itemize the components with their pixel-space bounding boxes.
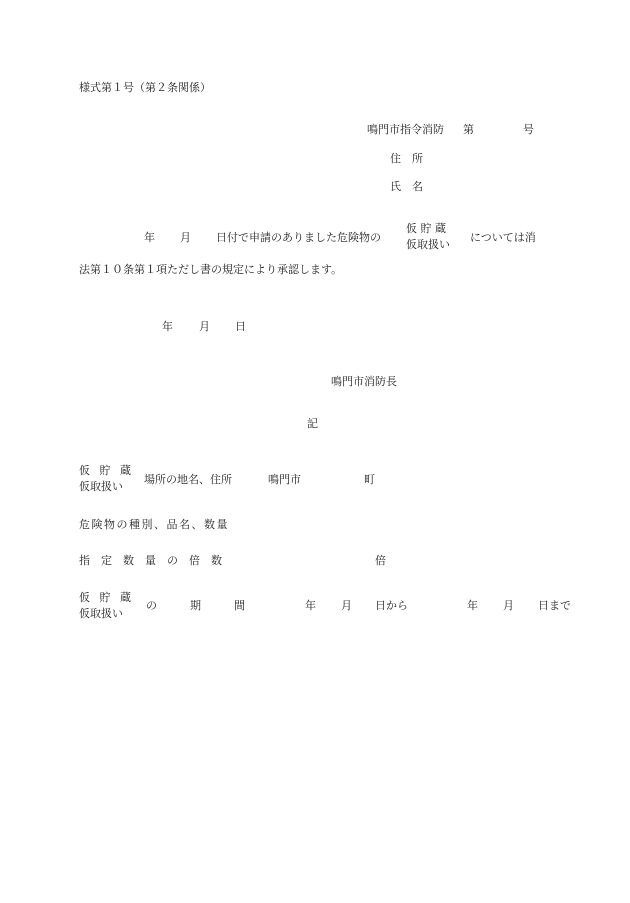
period-from-day: 日から (375, 600, 408, 611)
body-date-month: 月 (180, 232, 191, 243)
multiple-label: 指 定 数 量 の 倍 数 (79, 555, 222, 566)
directive-number-dai: 第 (463, 124, 474, 135)
form-id: 様式第１号（第２条関係） (79, 82, 211, 93)
period-ki: 期 (190, 600, 201, 611)
period-from-year: 年 (305, 600, 316, 611)
option-temporary-handling: 仮取扱い (79, 481, 134, 492)
period-no: の (146, 600, 157, 611)
option-temporary-storage: 仮 貯 蔵 (79, 465, 134, 476)
directive-number-prefix: 鳴門市指令消防 (367, 124, 444, 135)
period-kan: 間 (234, 600, 245, 611)
period-to-day: 日まで (538, 600, 571, 611)
period-to-month: 月 (503, 600, 514, 611)
issuer: 鳴門市消防長 (331, 376, 397, 387)
body-line-2: 法第１０条第１項ただし書の規定により承認します。 (79, 264, 342, 275)
body-option-choice: 仮 貯 蔵 仮取扱い (406, 223, 450, 250)
location-city: 鳴門市 (268, 474, 301, 485)
period-from-month: 月 (341, 600, 352, 611)
period-option-choice: 仮 貯 蔵 仮取扱い (79, 592, 134, 619)
option-temporary-storage: 仮 貯 蔵 (79, 592, 134, 603)
issue-day: 日 (235, 321, 246, 332)
directive-number-go: 号 (523, 124, 534, 135)
issue-month: 月 (199, 321, 210, 332)
body-date-year: 年 (144, 232, 155, 243)
option-temporary-handling: 仮取扱い (79, 608, 134, 619)
address-label: 住 所 (390, 153, 423, 164)
ki-heading: 記 (307, 418, 318, 429)
option-temporary-storage: 仮 貯 蔵 (406, 223, 450, 234)
location-label: 場所の地名、住所 (144, 474, 232, 485)
hazmat-label: 危険物の種別、品名、数量 (79, 519, 229, 530)
period-to-year: 年 (467, 600, 478, 611)
multiple-unit: 倍 (375, 555, 386, 566)
body-date-suffix: 日付で申請のありました危険物の (216, 232, 381, 243)
location-option-choice: 仮 貯 蔵 仮取扱い (79, 465, 134, 492)
name-label: 氏 名 (390, 181, 423, 192)
issue-year: 年 (162, 321, 173, 332)
body-tail: については消 (470, 232, 536, 243)
location-town: 町 (364, 474, 375, 485)
option-temporary-handling: 仮取扱い (406, 239, 450, 250)
